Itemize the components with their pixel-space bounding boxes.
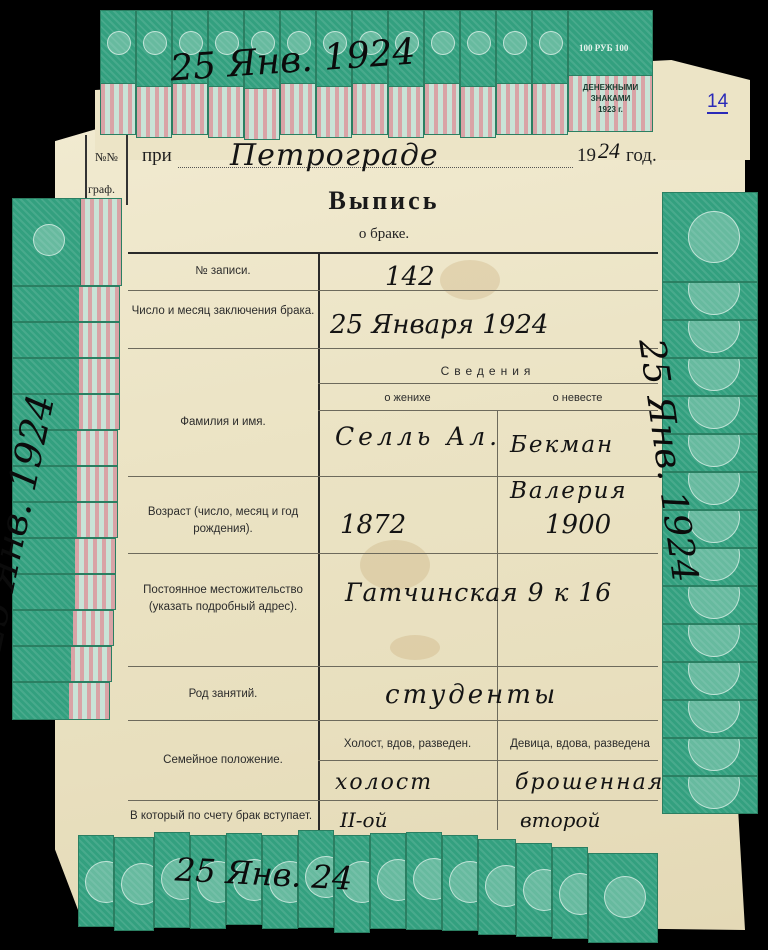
- bottom-stamp-strip: [78, 835, 658, 943]
- residence-value: Гатчинская 9 к 16: [345, 578, 612, 607]
- coat-of-arms-stamp: [516, 843, 552, 937]
- groom-birth-year: 1872: [340, 510, 406, 540]
- groom-status-options: Холост, вдов, разведен.: [318, 738, 497, 750]
- number-label: №№: [95, 150, 118, 165]
- stamp-overprint-line: ДЕНЕЖНЫМИ: [569, 82, 652, 93]
- stain: [440, 260, 500, 300]
- record-number-value: 142: [385, 262, 435, 292]
- row-divider: [318, 760, 658, 761]
- bride-birth-year: 1900: [545, 510, 611, 540]
- coat-of-arms-stamp: [662, 776, 758, 814]
- label-marriage-count: В который по счету брак вступает.: [126, 808, 316, 825]
- coat-of-arms-stamp: [552, 847, 588, 939]
- coat-of-arms-stamp: [662, 700, 758, 738]
- occupation-value: студенты: [385, 680, 558, 710]
- revenue-stamp: [136, 10, 172, 138]
- groom-status-value: холост: [335, 770, 433, 795]
- groom-name-value: Селль Ал.: [335, 422, 501, 451]
- bride-header: о невесте: [497, 392, 658, 404]
- page-number: 14: [707, 92, 728, 114]
- coat-of-arms-stamp: [662, 624, 758, 662]
- coat-of-arms-stamp: [406, 832, 442, 930]
- svedeniya-header: Сведения: [318, 364, 658, 378]
- coat-of-arms-stamp: [78, 835, 114, 927]
- revenue-stamp: [12, 574, 116, 610]
- pri-label: при: [142, 145, 172, 167]
- label-residence: Постоянное местожительство (указать подр…: [128, 582, 318, 616]
- revenue-stamp: [100, 10, 136, 135]
- marriage-date-value: 25 Января 1924: [330, 310, 548, 340]
- revenue-stamp-full: 100 РУБ 100 ДЕНЕЖНЫМИ ЗНАКАМИ 1923 г.: [568, 10, 653, 132]
- row-divider: [128, 800, 658, 801]
- coat-of-arms-stamp: [662, 662, 758, 700]
- label-marriage-date: Число и месяц заключения брака.: [130, 303, 316, 320]
- coat-of-arms-stamp: [662, 320, 758, 358]
- stamp-denomination: 100 РУБ 100: [579, 43, 628, 53]
- row-divider: [128, 666, 658, 667]
- city-handwritten: Петрограде: [230, 138, 439, 173]
- table-top-border: [128, 252, 658, 254]
- row-divider: [128, 553, 658, 554]
- groom-marriage-count: II-ой: [340, 808, 387, 832]
- label-record-number: № записи.: [130, 263, 316, 280]
- coat-of-arms-stamp: [114, 837, 154, 931]
- revenue-stamp: [496, 10, 532, 135]
- revenue-stamp: [532, 10, 568, 135]
- row-divider: [318, 383, 658, 384]
- coat-of-arms-stamp: [662, 192, 758, 282]
- coat-of-arms-stamp: [662, 586, 758, 624]
- year-handwritten: 24: [598, 138, 620, 164]
- revenue-stamp: [12, 286, 120, 322]
- bride-status-value: брошенная: [515, 770, 664, 795]
- coat-of-arms-stamp: [370, 833, 406, 929]
- revenue-stamp: [12, 682, 110, 720]
- revenue-stamp: [12, 610, 114, 646]
- coat-of-arms-stamp: [442, 835, 478, 931]
- groom-header: о женихе: [318, 392, 497, 404]
- revenue-stamp: [12, 646, 112, 682]
- bride-status-options: Девица, вдова, разведена: [497, 738, 663, 750]
- coat-of-arms-stamp: [478, 839, 516, 935]
- groom-bride-divider: [497, 410, 498, 830]
- stamp-overprint-line: 1923 г.: [569, 104, 652, 115]
- coat-of-arms-stamp: [662, 738, 758, 776]
- stain: [390, 635, 440, 660]
- label-marital-status: Семейное положение.: [130, 752, 316, 769]
- revenue-stamp: [460, 10, 496, 138]
- revenue-stamp: [12, 198, 122, 286]
- year-suffix: год.: [626, 145, 657, 167]
- row-divider: [128, 720, 658, 721]
- bride-name-value: Бекман Валерия: [510, 422, 660, 514]
- label-occupation: Род занятий.: [130, 686, 316, 703]
- revenue-stamp: [12, 322, 120, 358]
- row-divider: [318, 410, 658, 411]
- coat-of-arms-stamp: [662, 282, 758, 320]
- label-age: Возраст (число, месяц и год рождения).: [130, 504, 316, 538]
- row-divider: [128, 348, 658, 349]
- bride-marriage-count: второй: [520, 808, 600, 832]
- coat-of-arms-stamp-full: [588, 853, 658, 943]
- label-name: Фамилия и имя.: [130, 414, 316, 431]
- year-prefix: 19: [577, 145, 596, 167]
- revenue-stamp: [424, 10, 460, 135]
- revenue-stamp: [12, 358, 120, 394]
- stamp-overprint-line: ЗНАКАМИ: [569, 93, 652, 104]
